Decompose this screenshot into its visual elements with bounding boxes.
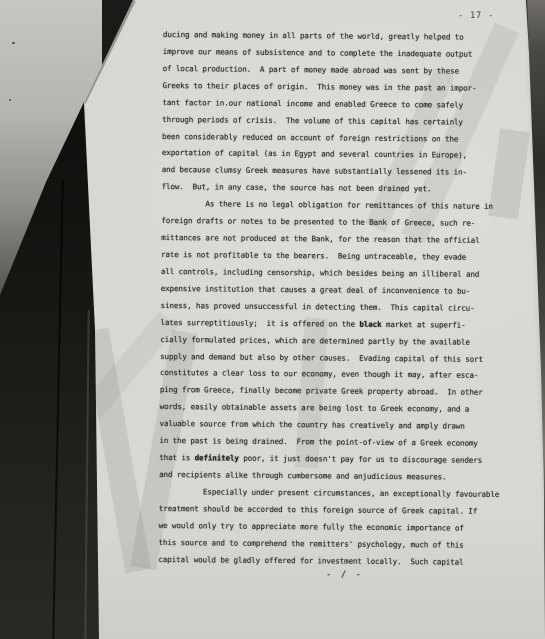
page-continuation-mark: - / - (326, 570, 363, 580)
dust-speck (9, 99, 11, 101)
text-line: capital would be gladly offered for inve… (158, 552, 524, 572)
dust-speck (12, 42, 15, 44)
page-stack-edge-line (84, 310, 89, 639)
scanned-document-page: - 17 - ducing and making money in all pa… (0, 0, 545, 639)
page-stack-edge-line (52, 180, 64, 639)
page-number: - 17 - (458, 10, 494, 20)
typed-text: ducing and making money in all parts of … (158, 27, 529, 572)
